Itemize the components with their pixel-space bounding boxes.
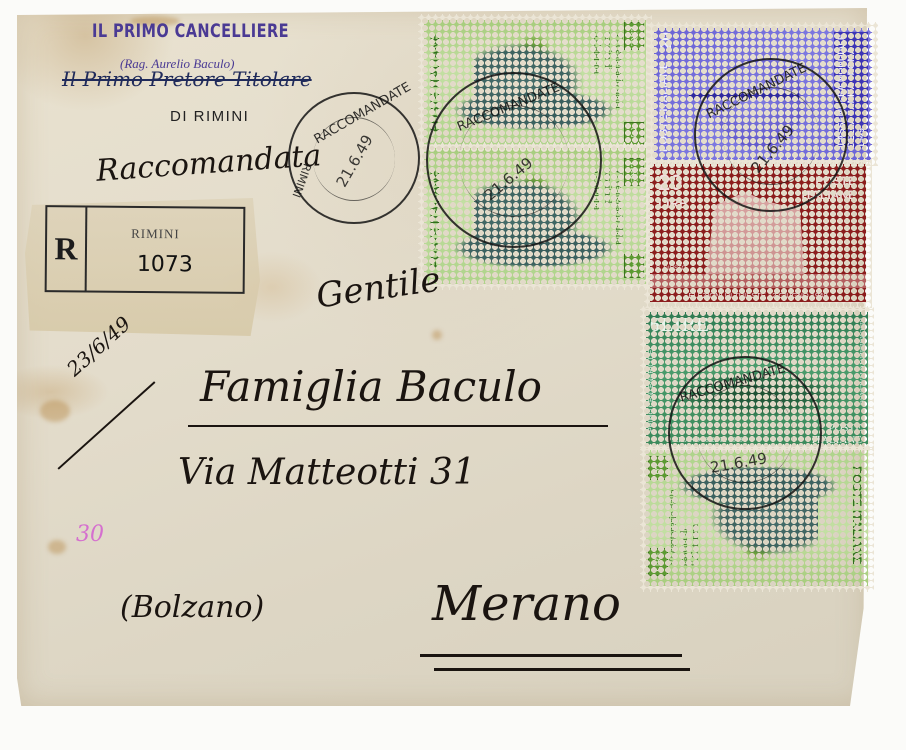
stamp-value-group: 6LIRE xyxy=(650,314,709,337)
stamp-value: 3 xyxy=(624,254,644,278)
city-underline-1 xyxy=(420,654,682,657)
stamp-value: 20 xyxy=(658,172,682,194)
registration-label: R RIMINI 1073 xyxy=(45,205,246,294)
recipient-street: Via Matteotti 31 xyxy=(178,452,476,493)
stamp-inscription: VI centenario dalla nascita di S.Caterin… xyxy=(668,486,701,566)
sender-city: DI RIMINI xyxy=(170,108,249,125)
postmark-rimini: RACCOMANDATE RIMINI 21.6.49 xyxy=(288,92,420,224)
stamp-inscription: VI centenario dalla nascita di S.Caterin… xyxy=(591,32,624,112)
pencil-note: 30 xyxy=(76,522,104,547)
postmark-4: RACCOMANDATE 21.6.49 xyxy=(668,356,822,510)
sender-struck-line: Il Primo Pretore Titolare xyxy=(62,67,312,91)
sender-title: IL PRIMO CANCELLIERE xyxy=(92,20,289,42)
stamp-unit: LIRE xyxy=(648,548,668,576)
stamp-country: POSTE ITALIANE xyxy=(850,466,864,582)
recipient-province: (Bolzano) xyxy=(120,590,264,625)
recipient-underline xyxy=(188,425,608,427)
stamp-unit: LIRE xyxy=(624,158,644,186)
stamp-unit: LIRE xyxy=(624,22,644,50)
stamp-inscription-left: PRIMO CENTENARIO DEL xyxy=(648,342,655,432)
postmark-2: RACCOMANDATE 21.6.49 xyxy=(426,72,602,248)
recipient-name: Famiglia Baculo xyxy=(200,362,542,411)
stamp-value: 3 xyxy=(648,456,668,480)
stamp-unit: LIRE xyxy=(660,314,709,336)
city-underline-2 xyxy=(434,668,690,671)
stamp-unit: LIRE xyxy=(658,196,688,211)
registration-letter: R xyxy=(47,207,88,290)
stamp-value: 20 xyxy=(658,32,676,50)
stain xyxy=(432,330,442,340)
registration-number: 1073 xyxy=(137,252,193,277)
recipient-city: Merano xyxy=(432,576,621,632)
stamp-caption: S. GIUSTO xyxy=(656,266,686,272)
stamp-inscription: ELEZIONI DI TRIESTE 12 GIUGNO 1949 xyxy=(650,291,866,300)
stamp-inscription-right: RISORGIMENTO ITALIANO xyxy=(858,318,866,408)
stain xyxy=(40,400,70,422)
postmark-place: RIMINI xyxy=(289,162,313,199)
stamp-country: POSTE ITALIANE xyxy=(658,56,670,152)
postmark-3: RACCOMANDATE 21.6.49 xyxy=(694,58,848,212)
stamp-value: 6 xyxy=(650,314,660,336)
registration-office: RIMINI xyxy=(131,226,180,242)
stain xyxy=(48,540,66,554)
